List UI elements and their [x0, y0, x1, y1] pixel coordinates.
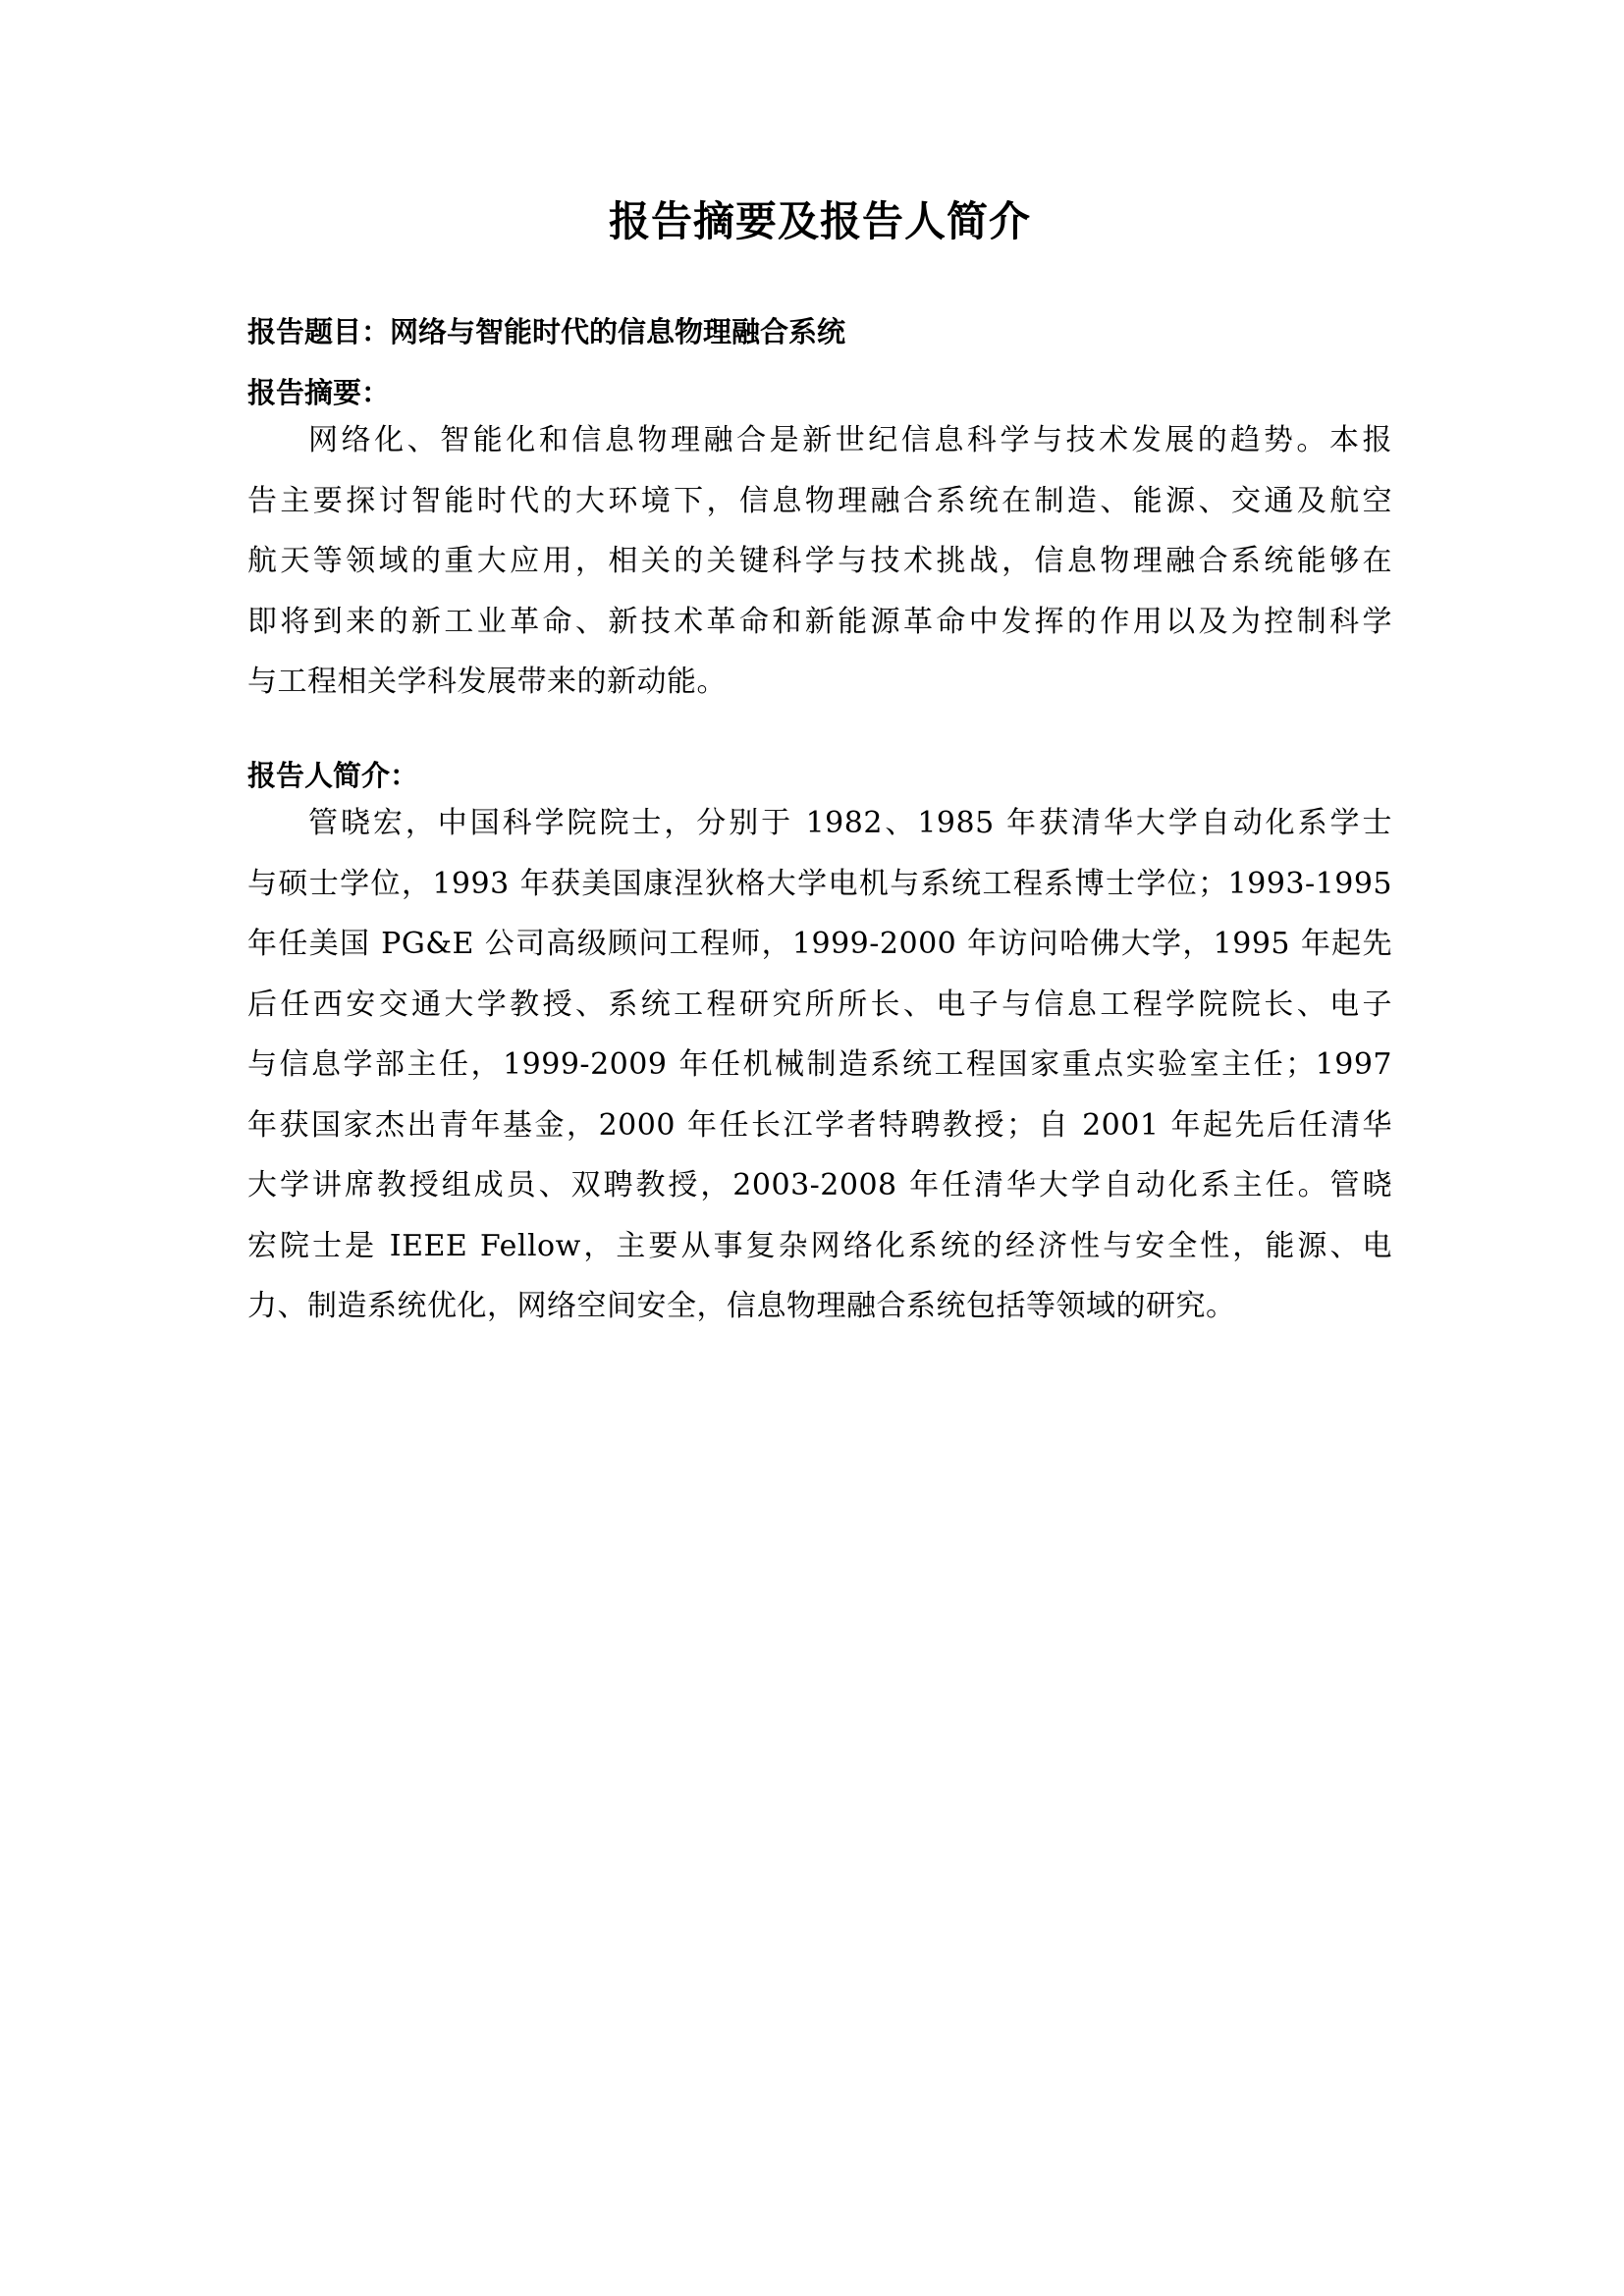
speaker-bio-paragraph: 管晓宏，中国科学院院士，分别于 1982、1985 年获清华大学自动化系学士 与…	[247, 793, 1392, 1337]
abstract-line: 航天等领域的重大应用，相关的关键科学与技术挑战，信息物理融合系统能够在	[247, 531, 1392, 592]
bio-line: 管晓宏，中国科学院院士，分别于 1982、1985 年获清华大学自动化系学士	[247, 793, 1392, 854]
bio-line: 年获国家杰出青年基金，2000 年任长江学者特聘教授；自 2001 年起先后任清…	[247, 1095, 1392, 1156]
bio-line: 力、制造系统优化，网络空间安全，信息物理融合系统包括等领域的研究。	[247, 1276, 1392, 1337]
bio-line: 与硕士学位，1993 年获美国康涅狄格大学电机与系统工程系博士学位；1993-1…	[247, 854, 1392, 915]
abstract-line: 与工程相关学科发展带来的新动能。	[247, 652, 1392, 713]
abstract-label: 报告摘要：	[247, 373, 390, 412]
bio-line: 宏院士是 IEEE Fellow，主要从事复杂网络化系统的经济性与安全性，能源、…	[247, 1216, 1392, 1277]
bio-line: 年任美国 PG&E 公司高级顾问工程师，1999-2000 年访问哈佛大学，19…	[247, 914, 1392, 975]
report-topic: 报告题目：网络与智能时代的信息物理融合系统	[247, 312, 845, 351]
abstract-paragraph: 网络化、智能化和信息物理融合是新世纪信息科学与技术发展的趋势。本报 告主要探讨智…	[247, 410, 1392, 713]
bio-line: 大学讲席教授组成员、双聘教授，2003-2008 年任清华大学自动化系主任。管晓	[247, 1155, 1392, 1216]
abstract-line: 即将到来的新工业革命、新技术革命和新能源革命中发挥的作用以及为控制科学	[247, 592, 1392, 653]
report-topic-value: 网络与智能时代的信息物理融合系统	[390, 315, 845, 348]
report-topic-label: 报告题目：	[247, 315, 390, 348]
speaker-bio-label: 报告人简介：	[247, 756, 418, 795]
abstract-line: 网络化、智能化和信息物理融合是新世纪信息科学与技术发展的趋势。本报	[247, 410, 1392, 471]
bio-line: 与信息学部主任，1999-2009 年任机械制造系统工程国家重点实验室主任；19…	[247, 1035, 1392, 1095]
bio-line: 后任西安交通大学教授、系统工程研究所所长、电子与信息工程学院院长、电子	[247, 975, 1392, 1036]
document-title: 报告摘要及报告人简介	[247, 192, 1392, 251]
abstract-line: 告主要探讨智能时代的大环境下，信息物理融合系统在制造、能源、交通及航空	[247, 471, 1392, 532]
